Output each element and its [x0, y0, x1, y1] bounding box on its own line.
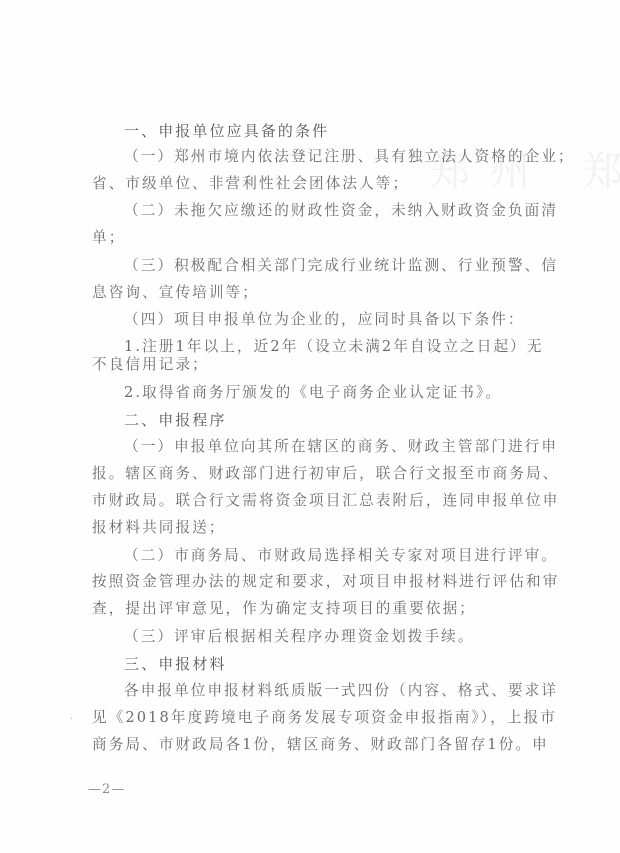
document-page: 郑州 郑州市 一、申报单位应具备的条件（一）郑州市境内依法登记注册、具有独立法人…	[0, 0, 620, 853]
scan-speck: ·	[70, 714, 73, 725]
paragraph-line: （二）未拖欠应缴还的财政性资金，未纳入财政资金负面清	[124, 201, 584, 221]
paragraph-line: 1.注册1年以上，近2年（设立未满2年自设立之日起）无	[124, 337, 584, 357]
paragraph-line: （三）积极配合相关部门完成行业统计监测、行业预警、信	[124, 256, 584, 276]
paragraph-line: 不良信用记录；	[92, 355, 552, 375]
paragraph-line: 2.取得省商务厅颁发的《电子商务企业认定证书》。	[124, 383, 584, 403]
paragraph-line: （三）评审后根据相关程序办理资金划拨手续。	[124, 627, 584, 647]
paragraph-line: （一）郑州市境内依法登记注册、具有独立法人资格的企业；	[124, 147, 584, 167]
paragraph-line: （二）市商务局、市财政局选择相关专家对项目进行评审。	[124, 546, 584, 566]
page-number: —2—	[88, 782, 125, 797]
paragraph-line: 报。辖区商务、财政部门进行初审后，联合行文报至市商务局、	[92, 464, 552, 484]
paragraph-line: 单；	[92, 228, 552, 248]
paragraph-line: 查，提出评审意见，作为确定支持项目的重要依据；	[92, 599, 552, 619]
section-heading: 一、申报单位应具备的条件	[124, 121, 584, 141]
paragraph-line: 省、市级单位、非营利性社会团体法人等；	[92, 174, 552, 194]
paragraph-line: 按照资金管理办法的规定和要求，对项目申报材料进行评估和审	[92, 572, 552, 592]
paragraph-line: 商务局、市财政局各1份，辖区商务、财政部门各留存1份。申	[92, 735, 552, 755]
paragraph-line: 息咨询、宣传培训等；	[92, 283, 552, 303]
paragraph-line: （四）项目申报单位为企业的，应同时具备以下条件：	[124, 310, 584, 330]
paragraph-line: （一）申报单位向其所在辖区的商务、财政主管部门进行申	[124, 437, 584, 457]
paragraph-line: 各申报单位申报材料纸质版一式四份（内容、格式、要求详	[124, 681, 584, 701]
section-heading: 三、申报材料	[124, 654, 584, 674]
section-heading: 二、申报程序	[124, 410, 584, 430]
paragraph-line: 见《2018年度跨境电子商务发展专项资金申报指南》），上报市	[92, 708, 552, 728]
paragraph-line: 市财政局。联合行文需将资金项目汇总表附后，连同申报单位申	[92, 491, 552, 511]
paragraph-line: 报材料共同报送；	[92, 518, 552, 538]
